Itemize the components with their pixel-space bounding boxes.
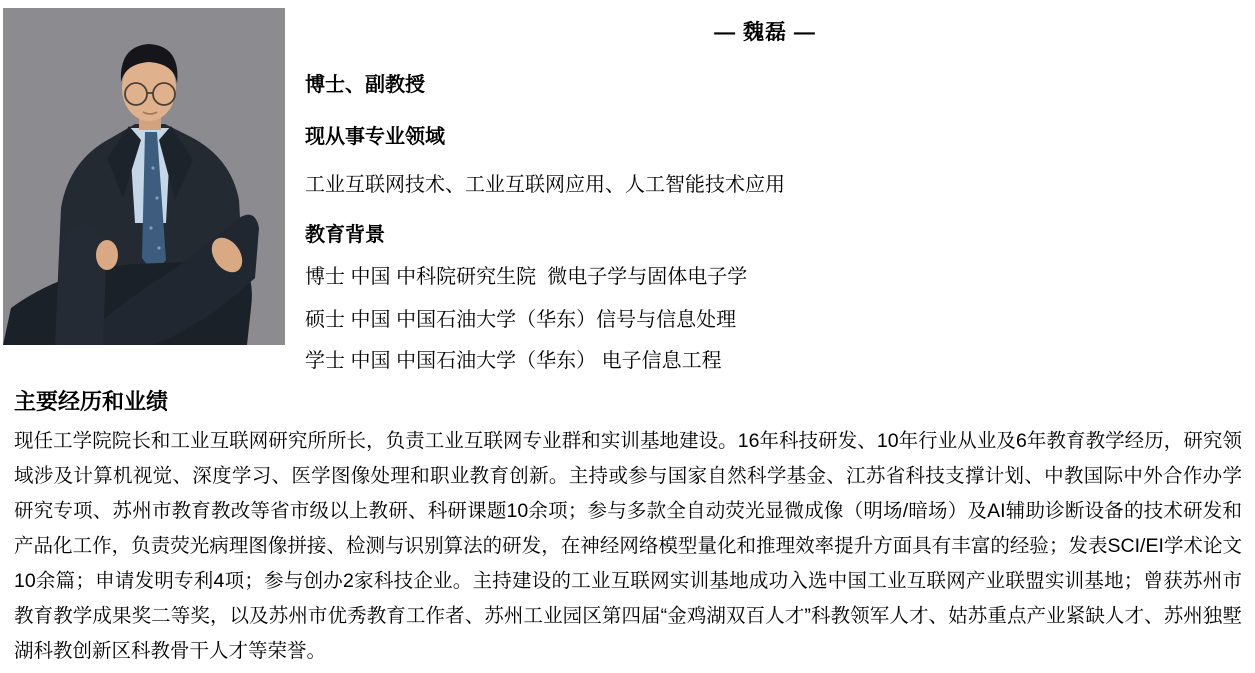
profile-info-column: — 魏磊 — 博士、副教授 现从事专业领域 工业互联网技术、工业互联网应用、人工… (305, 0, 1242, 380)
education-heading: 教育背景 (305, 218, 385, 247)
experience-heading: 主要经历和业绩 (14, 385, 168, 416)
experience-text: 现任工学院院长和工业互联网研究所所长，负责工业互联网专业群和实训基地建设。16年… (14, 424, 1242, 669)
profile-page: — 魏磊 — 博士、副教授 现从事专业领域 工业互联网技术、工业互联网应用、人工… (0, 0, 1255, 673)
person-portrait-illustration (3, 8, 285, 345)
education-item-doctor: 博士 中国 中科院研究生院 微电子学与固体电子学 (305, 260, 747, 289)
degree-title: 博士、副教授 (305, 68, 425, 97)
field-heading: 现从事专业领域 (305, 120, 445, 149)
field-text: 工业互联网技术、工业互联网应用、人工智能技术应用 (305, 168, 785, 197)
hand-left (96, 240, 118, 270)
education-item-master: 硕士 中国 中国石油大学（华东）信号与信息处理 (305, 303, 736, 332)
education-item-bachelor: 学士 中国 中国石油大学（华东） 电子信息工程 (305, 344, 722, 373)
page-title: — 魏磊 — (305, 16, 1225, 46)
portrait-photo (3, 8, 285, 345)
